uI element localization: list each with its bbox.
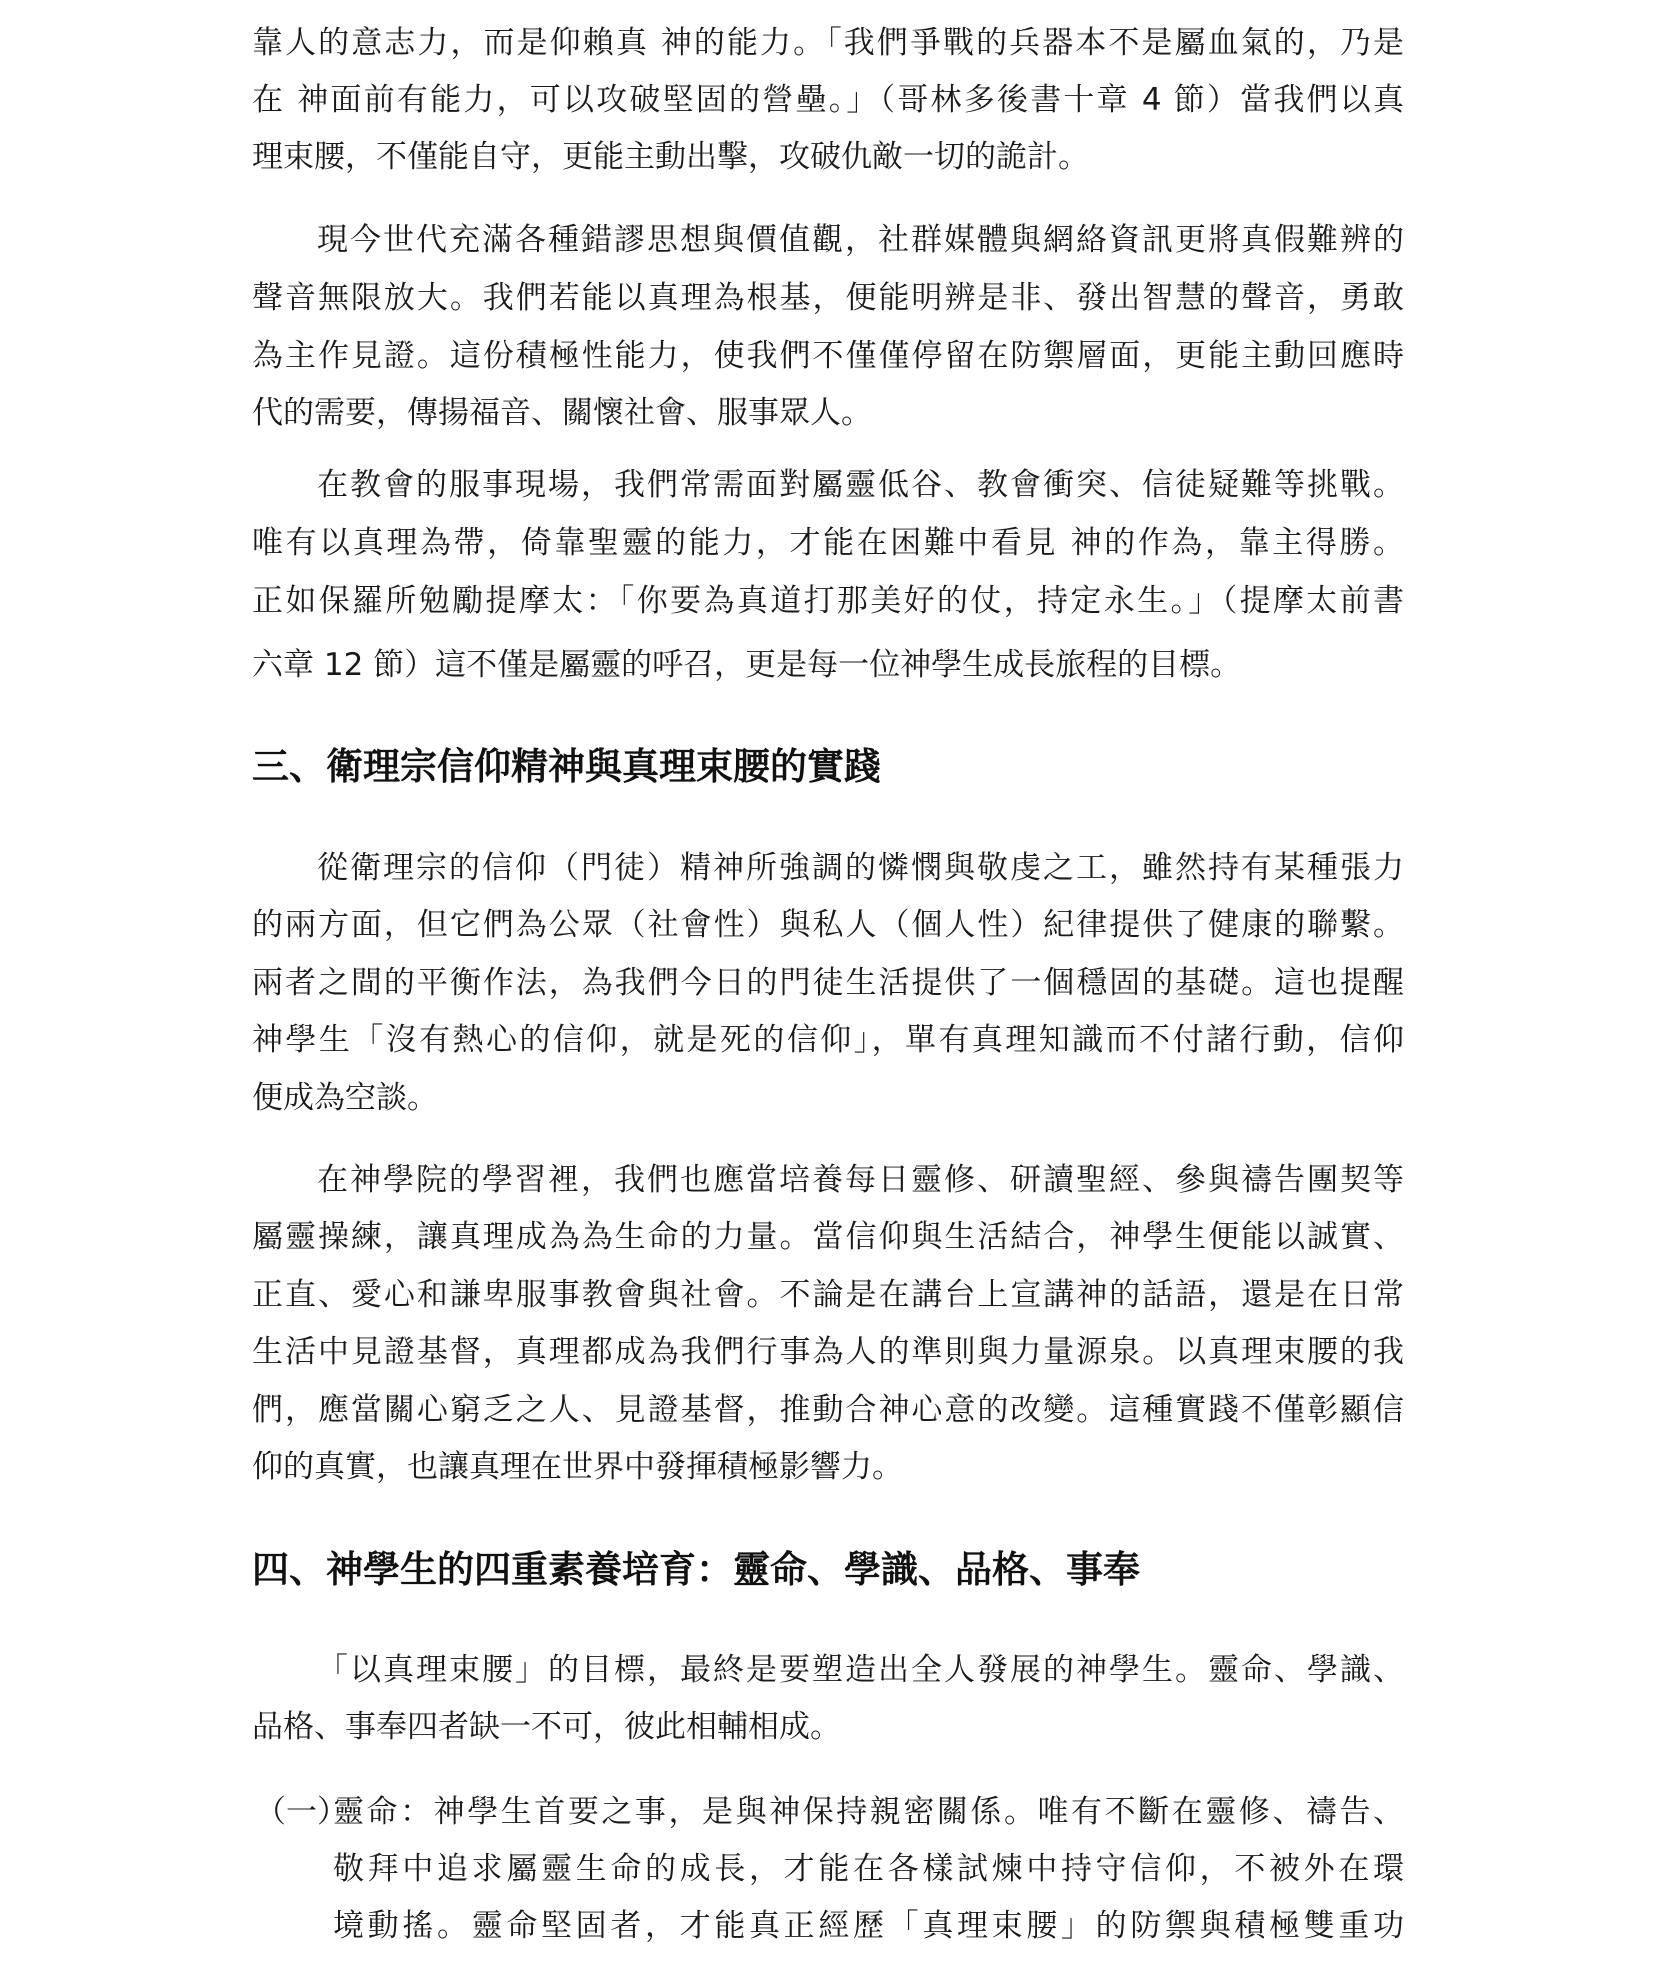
text-line: 唯有以真理為帶，倚靠聖靈的能力，才能在困難中看見 神的作為，靠主得勝。: [252, 523, 1404, 563]
text-line: 仰的真實，也讓真理在世界中發揮積極影響力。: [252, 1447, 1404, 1487]
text-line: 代的需要，傳揚福音、關懷社會、服事眾人。: [252, 393, 1404, 433]
text-line: 正直、愛心和謙卑服事教會與社會。不論是在講台上宣講神的話語，還是在日常: [252, 1275, 1404, 1315]
text-line: 屬靈操練，讓真理成為為生命的力量。當信仰與生活結合，神學生便能以誠實、: [252, 1217, 1404, 1257]
text-line: 六章 12 節）這不僅是屬靈的呼召，更是每一位神學生成長旅程的目標。: [252, 645, 1404, 685]
text-line: 兩者之間的平衡作法，為我們今日的門徒生活提供了一個穩固的基礎。這也提醒: [252, 963, 1404, 1003]
text-line: 品格、事奉四者缺一不可，彼此相輔相成。: [252, 1707, 1404, 1747]
text-line: 正如保羅所勉勵提摩太：「你要為真道打那美好的仗，持定永生。」（提摩太前書: [252, 581, 1404, 621]
text-line: 為主作見證。這份積極性能力，使我們不僅僅停留在防禦層面，更能主動回應時: [252, 336, 1404, 376]
text-line: 境動搖。靈命堅固者，才能真正經歷「真理束腰」的防禦與積極雙重功: [333, 1906, 1404, 1946]
text-line: 現今世代充滿各種錯謬思想與價值觀，社群媒體與網絡資訊更將真假難辨的: [317, 220, 1404, 260]
text-line: 在神學院的學習裡，我們也應當培養每日靈修、研讀聖經、參與禱告團契等: [317, 1160, 1404, 1200]
text-line: 靠人的意志力，而是仰賴真 神的能力。「我們爭戰的兵器本不是屬血氣的，乃是: [252, 23, 1404, 63]
section-heading: 三、衛理宗信仰精神與真理束腰的實踐: [252, 743, 881, 791]
text-line: 敬拜中追求屬靈生命的成長，才能在各樣試煉中持守信仰，不被外在環: [333, 1849, 1404, 1889]
text-line: 靈命：神學生首要之事，是與神保持親密關係。唯有不斷在靈修、禱告、: [333, 1792, 1404, 1832]
text-line: 的兩方面，但它們為公眾（社會性）與私人（個人性）紀律提供了健康的聯繫。: [252, 905, 1404, 945]
text-line: 生活中見證基督，真理都成為我們行事為人的準則與力量源泉。以真理束腰的我: [252, 1332, 1404, 1372]
text-line: 在 神面前有能力，可以攻破堅固的營壘。」（哥林多後書十章 4 節）當我們以真: [252, 80, 1404, 120]
text-line: 「以真理束腰」的目標，最終是要塑造出全人發展的神學生。靈命、學識、: [317, 1650, 1404, 1690]
text-line: 理束腰，不僅能自守，更能主動出擊，攻破仇敵一切的詭計。: [252, 137, 1404, 177]
text-line: 聲音無限放大。我們若能以真理為根基，便能明辨是非、發出智慧的聲音，勇敢: [252, 278, 1404, 318]
text-line: 們，應當關心窮乏之人、見證基督，推動合神心意的改變。這種實踐不僅彰顯信: [252, 1390, 1404, 1430]
section-heading: 四、神學生的四重素養培育：靈命、學識、品格、事奉: [252, 1546, 1140, 1594]
text-line: 神學生「沒有熱心的信仰，就是死的信仰」，單有真理知識而不付諸行動，信仰: [252, 1020, 1404, 1060]
text-line: 便成為空談。: [252, 1078, 1404, 1118]
text-line: 在教會的服事現場，我們常需面對屬靈低谷、教會衝突、信徒疑難等挑戰。: [317, 465, 1404, 505]
text-line: 從衛理宗的信仰（門徒）精神所強調的憐憫與敬虔之工，雖然持有某種張力: [317, 848, 1404, 888]
